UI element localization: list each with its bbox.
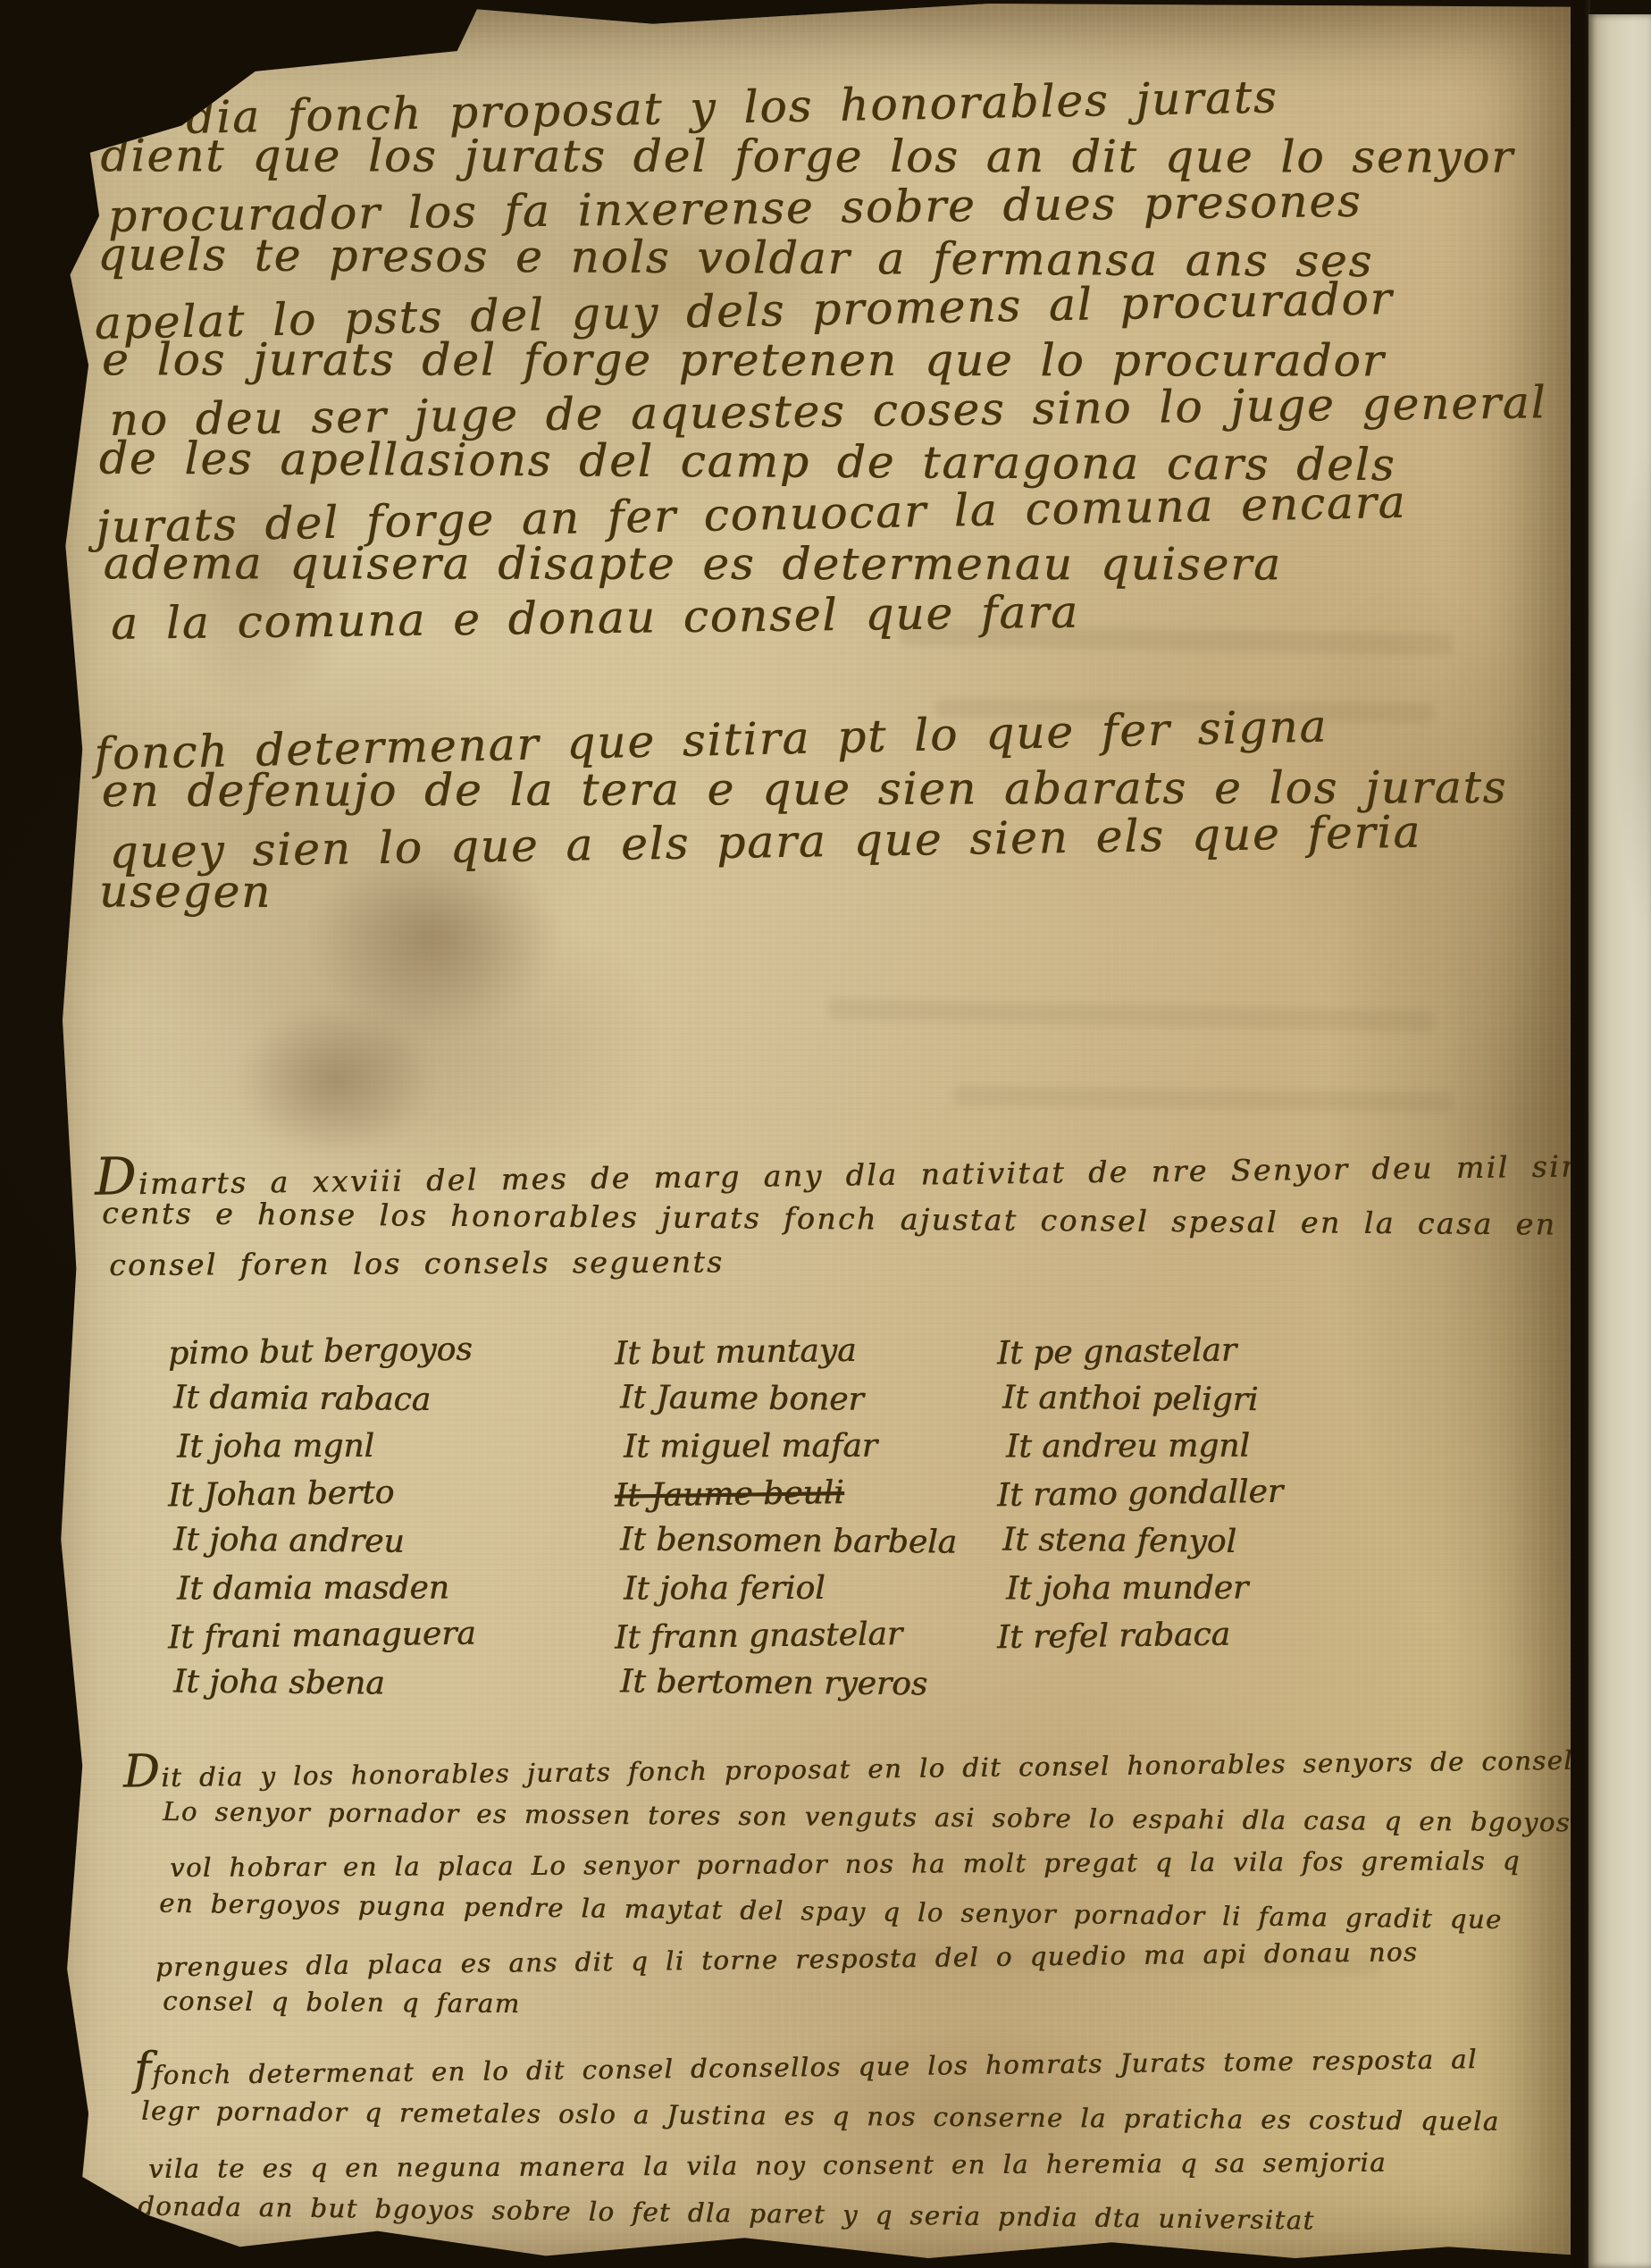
member-name: It joha feriol bbox=[624, 1569, 960, 1617]
council-session-heading: Dimarts a xxviii del mes de marg any dla… bbox=[95, 1149, 1524, 1283]
member-name: It damia rabaca bbox=[173, 1380, 482, 1430]
member-name: It bensomen barbela bbox=[620, 1521, 957, 1571]
text-line: consel foren los consels seguents bbox=[109, 1237, 1538, 1287]
text-line: donada an but bgoyos sobre lo fet dla pa… bbox=[138, 2182, 1532, 2248]
manuscript-photo: { "page": { "number": "248", "ink_color"… bbox=[0, 0, 1651, 2268]
member-name: It bertomen ryeros bbox=[620, 1663, 957, 1713]
member-column-2: It but muntaya It Jaume boner It miguel … bbox=[615, 1333, 951, 1712]
member-name: It but muntaya bbox=[615, 1331, 952, 1382]
member-name: It anthoi peligri bbox=[1002, 1380, 1288, 1430]
member-name: It ramo gondaller bbox=[997, 1474, 1284, 1525]
member-name: It joha sbena bbox=[173, 1664, 482, 1714]
text-line: usegen bbox=[99, 866, 1582, 920]
member-name: It frann gnastelar bbox=[615, 1615, 952, 1667]
page-number: 248 bbox=[179, 32, 255, 76]
member-name: It Jaume boner bbox=[620, 1379, 957, 1429]
member-name: It frani managuera bbox=[168, 1616, 476, 1667]
stain bbox=[238, 1004, 434, 1156]
member-name-crossed-out: It Jaume beuli bbox=[615, 1473, 952, 1525]
parchment-page: 248 dit dia fonch proposat y los honorab… bbox=[41, 4, 1571, 2263]
member-name: It andreu mgnl bbox=[1006, 1427, 1292, 1475]
member-name: It refel rabaca bbox=[997, 1616, 1284, 1667]
next-page-edge bbox=[1588, 14, 1651, 2268]
paragraph-5: ffonch determenat en lo dit consel dcons… bbox=[134, 2043, 1528, 2239]
member-name: It joha andreu bbox=[173, 1522, 482, 1572]
member-name: It joha munder bbox=[1006, 1569, 1292, 1617]
text-line: consel q bolen q faram bbox=[163, 1978, 1542, 2036]
member-column-3: It pe gnastelar It anthoi peligri It and… bbox=[997, 1333, 1283, 1665]
paragraph-1: dit dia fonch proposat y los honorables … bbox=[93, 75, 1580, 646]
paragraph-2: fonch determenar que sitira pt lo que fe… bbox=[94, 703, 1579, 926]
member-name: It stena fenyol bbox=[1002, 1522, 1288, 1572]
member-name: pimo but bergoyos bbox=[168, 1331, 476, 1383]
member-name: It Johan berto bbox=[168, 1474, 476, 1525]
member-name: It pe gnastelar bbox=[997, 1331, 1284, 1382]
member-name: It joha mgnl bbox=[177, 1427, 485, 1475]
member-name: It miguel mafar bbox=[624, 1427, 960, 1475]
member-name: It damia masden bbox=[177, 1569, 485, 1617]
member-column-1: pimo but bergoyos It damia rabaca It joh… bbox=[168, 1333, 476, 1712]
paragraph-4: Dit dia y los honorables jurats fonch pr… bbox=[123, 1746, 1535, 2030]
